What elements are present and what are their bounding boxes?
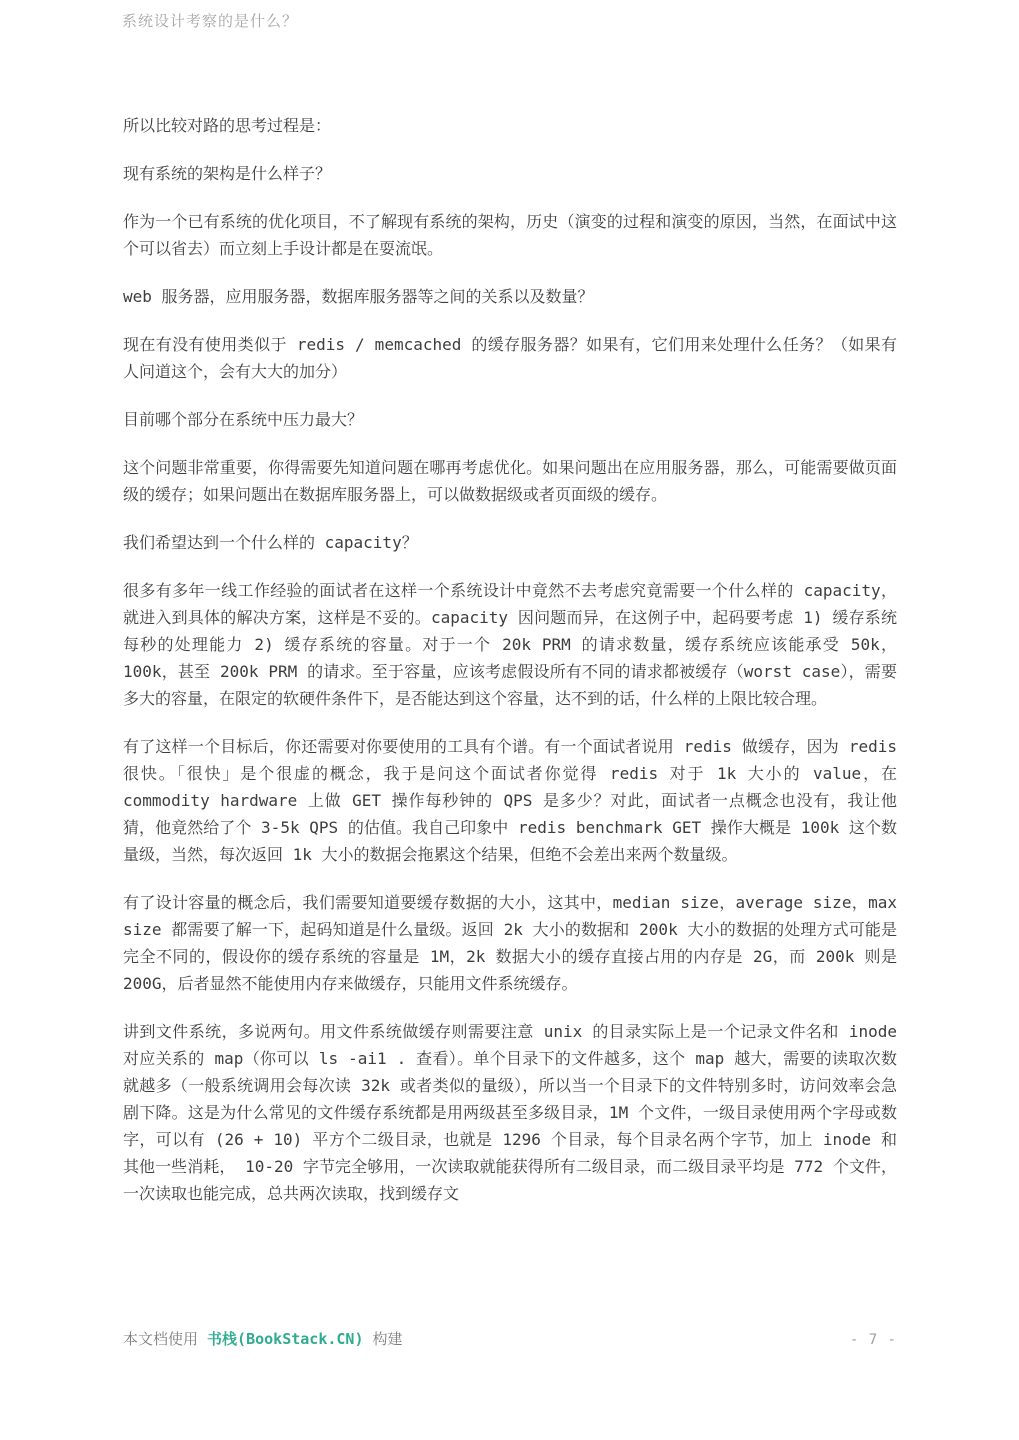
paragraph: 这个问题非常重要，你得需要先知道问题在哪再考虑优化。如果问题出在应用服务器，那么…: [123, 454, 897, 508]
document-body: 所以比较对路的思考过程是：现有系统的架构是什么样子？作为一个已有系统的优化项目，…: [123, 112, 897, 1228]
paragraph: 目前哪个部分在系统中压力最大？: [123, 406, 897, 433]
paragraph: 讲到文件系统，多说两句。用文件系统做缓存则需要注意 unix 的目录实际上是一个…: [123, 1018, 897, 1207]
paragraph: 有了设计容量的概念后，我们需要知道要缓存数据的大小，这其中，median siz…: [123, 889, 897, 997]
footer-build-note: 本文档使用 书栈(BookStack.CN) 构建: [123, 1328, 403, 1349]
paragraph: 现有系统的架构是什么样子？: [123, 160, 897, 187]
paragraph: 所以比较对路的思考过程是：: [123, 112, 897, 139]
page-footer: 本文档使用 书栈(BookStack.CN) 构建 - 7 -: [123, 1328, 897, 1349]
paragraph: web 服务器，应用服务器，数据库服务器等之间的关系以及数量？: [123, 283, 897, 310]
paragraph: 现在有没有使用类似于 redis / memcached 的缓存服务器？如果有，…: [123, 331, 897, 385]
document-page: 系统设计考察的是什么？ 所以比较对路的思考过程是：现有系统的架构是什么样子？作为…: [0, 0, 1019, 1440]
bookstack-brand-link[interactable]: 书栈(BookStack.CN): [207, 1330, 363, 1348]
paragraph: 有了这样一个目标后，你还需要对你要使用的工具有个谱。有一个面试者说用 redis…: [123, 733, 897, 868]
footer-suffix-text: 构建: [363, 1330, 402, 1348]
page-number: - 7 -: [850, 1332, 897, 1348]
footer-prefix-text: 本文档使用: [123, 1330, 207, 1348]
paragraph: 作为一个已有系统的优化项目，不了解现有系统的架构，历史（演变的过程和演变的原因，…: [123, 208, 897, 262]
paragraph: 很多有多年一线工作经验的面试者在这样一个系统设计中竟然不去考虑究竟需要一个什么样…: [123, 577, 897, 712]
paragraph: 我们希望达到一个什么样的 capacity？: [123, 529, 897, 556]
page-header-title: 系统设计考察的是什么？: [122, 10, 298, 32]
